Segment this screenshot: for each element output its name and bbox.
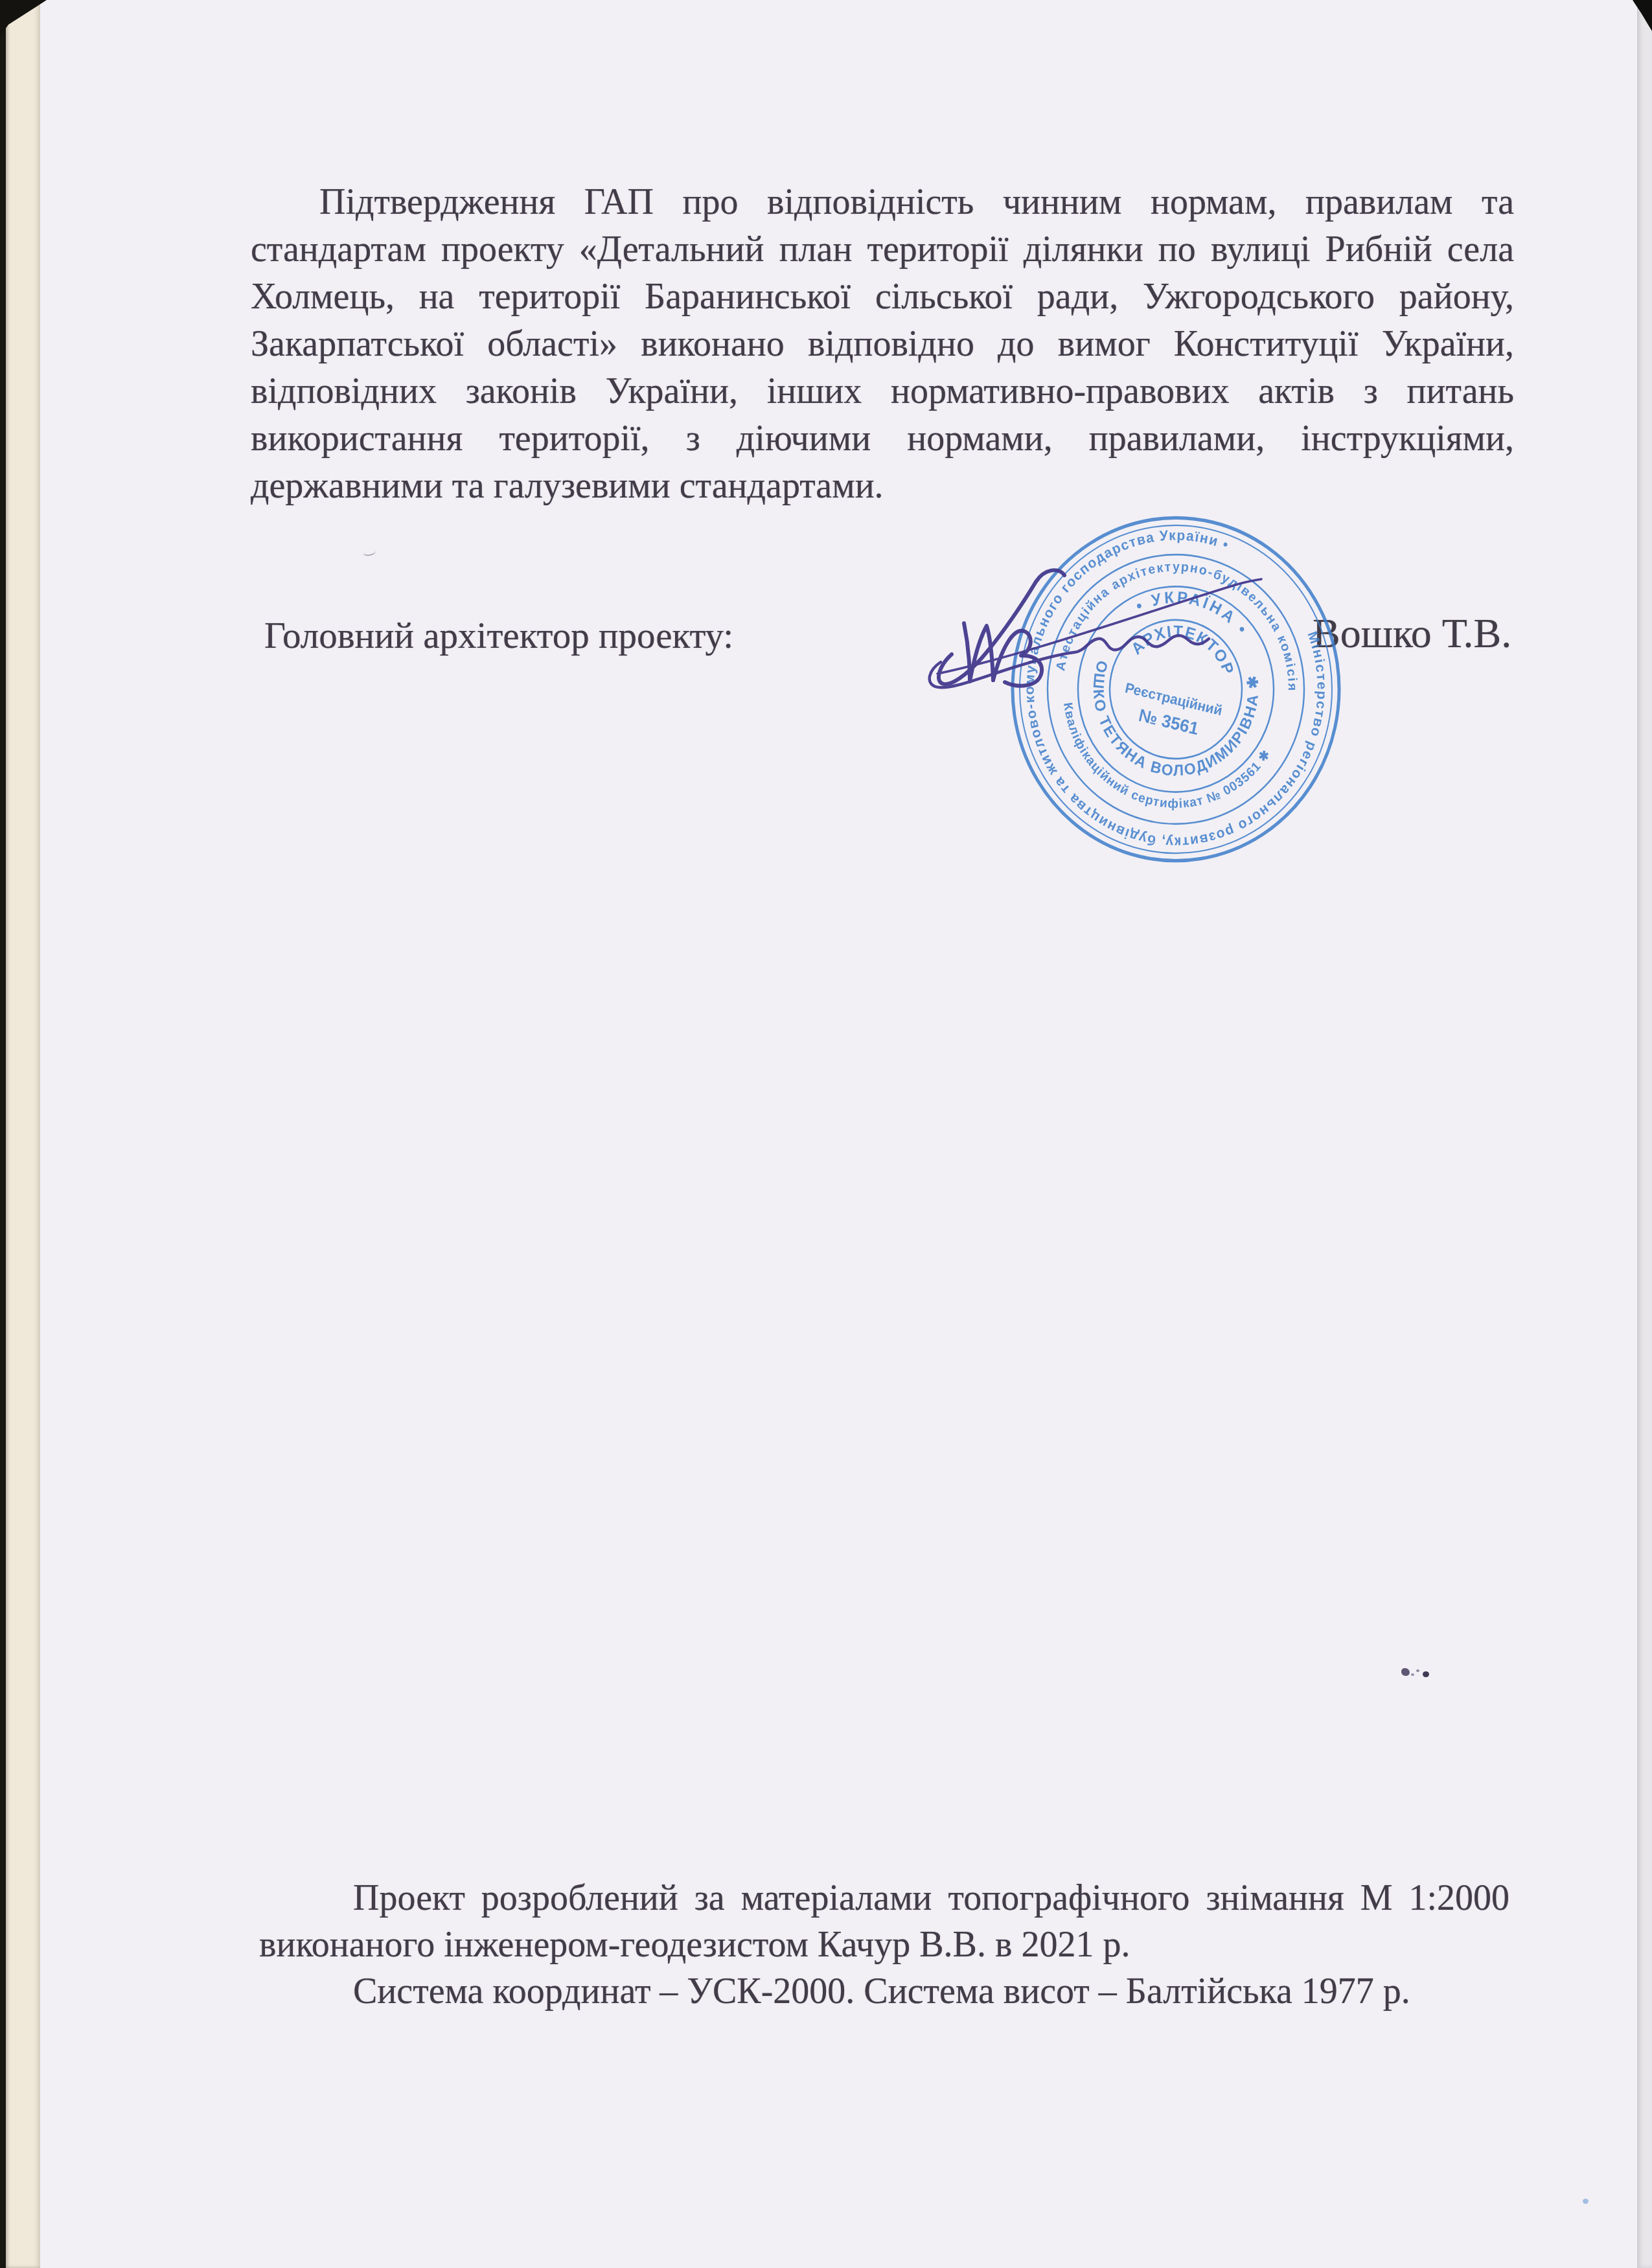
ink-speck [1411,1673,1414,1676]
paragraph-line: стандартам проекту «Детальний план терит… [251,226,1514,273]
footer-line: виконаного інженером-геодезистом Качур В… [259,1921,1509,1968]
ink-speck [1423,1671,1429,1677]
gap-label: Головний архітектор проекту: [264,612,733,659]
ink-speck [1583,2199,1589,2204]
footer-line: Проект розроблений за матеріалами топогр… [259,1875,1509,1921]
paragraph-line: Закарпатської області» виконано відповід… [251,321,1514,368]
underlying-page-edge [6,0,40,2268]
footer-line: Система координат – УСК-2000. Система ви… [259,1968,1509,2015]
body-paragraph: Підтвердження ГАП про відповідність чинн… [251,179,1514,510]
signature-ink [904,554,1283,706]
scan-page: Підтвердження ГАП про відповідність чинн… [0,0,1652,2268]
pencil-mark [362,546,376,556]
footer-paragraph: Проект розроблений за матеріалами топогр… [259,1875,1509,2015]
ink-speck [1416,1669,1419,1672]
signature-underline-waves [930,636,1209,687]
signature-flourish [939,570,1064,684]
scanner-edge-left [0,0,6,2268]
paragraph-line: використання території, з діючими нормам… [251,415,1514,463]
paragraph-line: відповідних законів України, інших норма… [251,368,1514,415]
paragraph-line: Холмець, на території Баранинської сільс… [251,273,1514,321]
page-edge-right [1637,0,1652,2268]
paragraph-line: Підтвердження ГАП про відповідність чинн… [251,179,1514,226]
ink-speck [1401,1668,1410,1676]
